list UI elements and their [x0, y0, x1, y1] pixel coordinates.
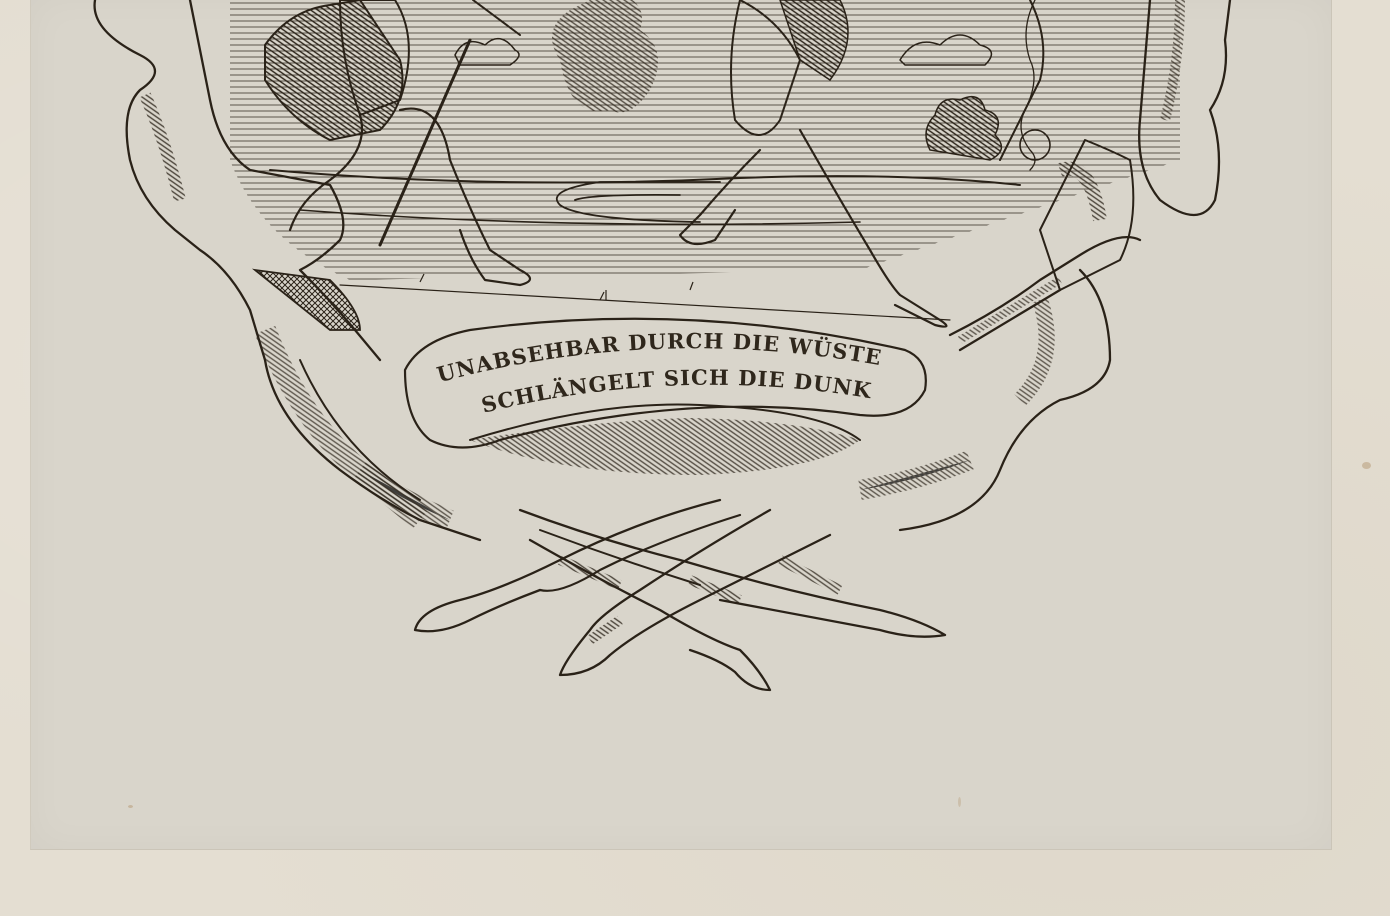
text-banner: UNABSEHBAR DURCH DIE WÜSTE SCHLÄNGELT SI…	[405, 319, 926, 475]
engraving-illustration: UNABSEHBAR DURCH DIE WÜSTE SCHLÄNGELT SI…	[0, 0, 1390, 916]
crossed-branches	[360, 460, 970, 690]
